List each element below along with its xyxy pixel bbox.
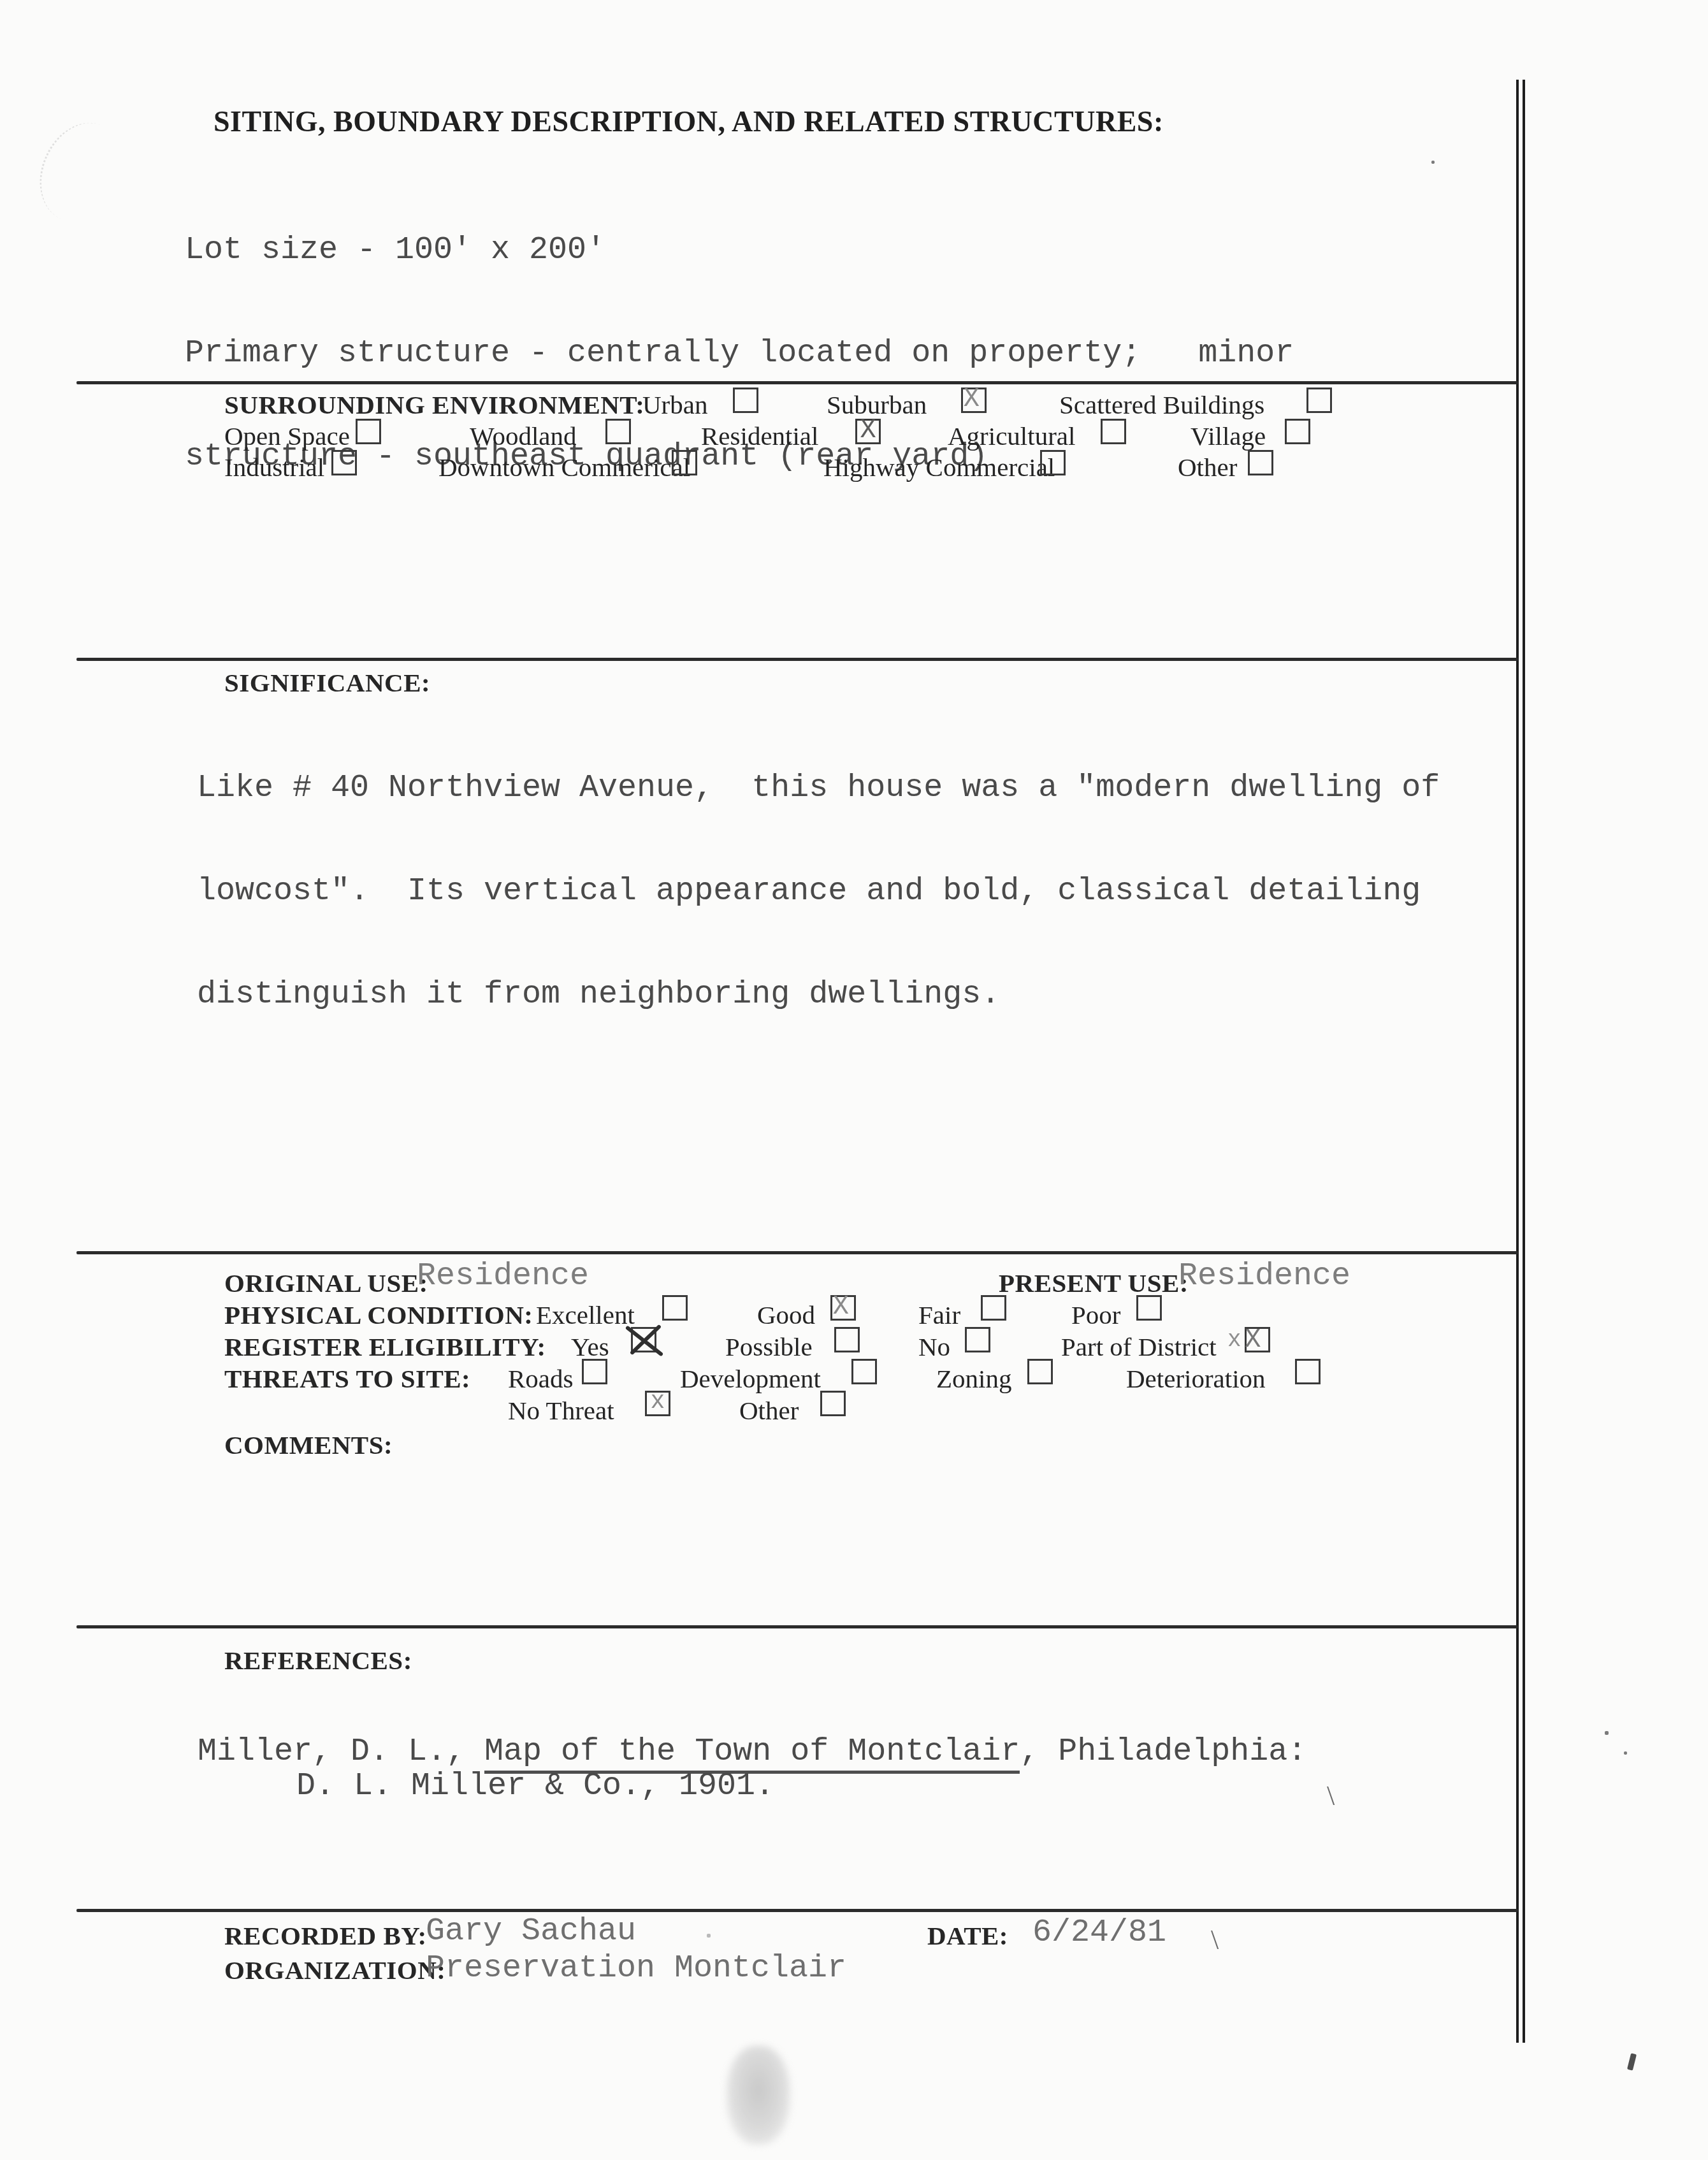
page-edge-rule-inner <box>1523 80 1525 2043</box>
threats-label: THREATS TO SITE: <box>224 1364 470 1394</box>
threat-option-zoning: Zoning <box>936 1364 1011 1394</box>
register-eligibility-label: REGISTER ELIGIBILITY: <box>224 1332 546 1362</box>
threat-checkbox-deterioration[interactable] <box>1295 1359 1321 1384</box>
threat-checkbox-zoning[interactable] <box>1027 1359 1053 1384</box>
section-divider <box>76 1625 1518 1628</box>
scan-speck <box>1431 161 1435 164</box>
eligibility-checkbox-part-of-district[interactable] <box>1245 1327 1270 1352</box>
siting-line: Primary structure - centrally located on… <box>185 337 1294 371</box>
env-checkbox-woodland[interactable] <box>605 419 631 444</box>
scan-slash-mark: \ <box>1211 1926 1219 1954</box>
organization-value: Preservation Montclair <box>426 1952 846 1986</box>
scan-smudge <box>727 2046 790 2145</box>
condition-checkbox-poor[interactable] <box>1136 1295 1162 1321</box>
threat-option-no-threat: No Threat <box>508 1396 614 1426</box>
scan-speckle-arc <box>25 110 138 235</box>
recorded-by-value: Gary Sachau <box>426 1915 636 1949</box>
env-option-downtown-commerical: Downtown Commerical <box>438 453 690 482</box>
siting-text: Lot size - 100' x 200' Primary structure… <box>185 164 1294 543</box>
condition-option-excellent: Excellent <box>536 1300 635 1330</box>
env-option-village: Village <box>1191 421 1266 451</box>
eligibility-checkbox-no[interactable] <box>965 1327 990 1352</box>
threat-option-roads: Roads <box>508 1364 574 1394</box>
significance-line: Like # 40 Northview Avenue, this house w… <box>197 771 1440 806</box>
threat-checkbox-roads[interactable] <box>582 1359 607 1384</box>
scan-ink-tick <box>1627 2053 1637 2070</box>
section-divider <box>76 658 1518 661</box>
scan-speck <box>1605 1731 1609 1735</box>
condition-option-good: Good <box>757 1300 815 1330</box>
section-divider <box>76 381 1518 384</box>
eligibility-option-no: No <box>918 1332 950 1362</box>
env-checkbox-agricultural[interactable] <box>1101 419 1126 444</box>
physical-condition-label: PHYSICAL CONDITION: <box>224 1300 533 1330</box>
env-checkbox-urban[interactable] <box>733 388 758 413</box>
references-section-label: REFERENCES: <box>224 1646 412 1676</box>
siting-line: Lot size - 100' x 200' <box>185 233 1294 268</box>
date-label: DATE: <box>927 1921 1008 1951</box>
significance-line: lowcost". Its vertical appearance and bo… <box>197 874 1440 909</box>
comments-label: COMMENTS: <box>224 1430 393 1460</box>
eligibility-option-part-of-district: Part of District <box>1061 1332 1217 1362</box>
significance-section-label: SIGNIFICANCE: <box>224 668 430 698</box>
env-option-open-space: Open Space <box>224 421 350 451</box>
recorded-by-label: RECORDED BY: <box>224 1921 427 1951</box>
present-use-value: Residence <box>1178 1259 1350 1294</box>
env-option-residential: Residential <box>701 421 818 451</box>
original-use-label: ORIGINAL USE: <box>224 1268 428 1298</box>
original-use-value: Residence <box>417 1259 589 1294</box>
section-divider <box>76 1251 1518 1254</box>
scan-speck <box>1624 1751 1627 1755</box>
env-checkbox-residential[interactable] <box>855 419 881 444</box>
threat-checkbox-development[interactable] <box>851 1359 877 1384</box>
reference-citation-line2: D. L. Miller & Co., 1901. <box>296 1769 774 1804</box>
scan-slash-mark: \ <box>1327 1782 1335 1810</box>
condition-checkbox-good[interactable] <box>830 1295 856 1321</box>
threat-checkbox-other[interactable] <box>820 1391 846 1416</box>
citation-suffix: , Philadelphia: <box>1020 1734 1306 1770</box>
siting-section-label: SITING, BOUNDARY DESCRIPTION, AND RELATE… <box>213 105 1164 139</box>
eligibility-checkbox-possible[interactable] <box>834 1327 860 1352</box>
env-option-industrial: Industrial <box>224 453 324 482</box>
scan-speck <box>707 1934 711 1938</box>
eligibility-option-possible: Possible <box>725 1332 813 1362</box>
condition-checkbox-fair[interactable] <box>981 1295 1006 1321</box>
eligibility-checkbox-yes[interactable] <box>631 1327 656 1352</box>
environment-section-label: SURROUNDING ENVIRONMENT: <box>224 390 644 420</box>
citation-prefix: Miller, D. L., <box>198 1734 484 1770</box>
organization-label: ORGANIZATION: <box>224 1955 445 1985</box>
present-use-label: PRESENT USE: <box>999 1268 1189 1298</box>
section-divider <box>76 1909 1518 1912</box>
env-option-woodland: Woodland <box>470 421 577 451</box>
env-checkbox-village[interactable] <box>1285 419 1310 444</box>
page-edge-rule-outer <box>1516 80 1519 2043</box>
threat-option-deterioration: Deterioration <box>1126 1364 1266 1394</box>
significance-line: distinguish it from neighboring dwelling… <box>197 978 1440 1012</box>
env-checkbox-open-space[interactable] <box>356 419 381 444</box>
env-option-agricultural: Agricultural <box>948 421 1075 451</box>
condition-checkbox-excellent[interactable] <box>662 1295 688 1321</box>
env-option-other: Other <box>1178 453 1237 482</box>
env-checkbox-highway-commercial[interactable] <box>1040 450 1066 475</box>
significance-text: Like # 40 Northview Avenue, this house w… <box>197 702 1440 1081</box>
env-checkbox-industrial[interactable] <box>331 450 357 475</box>
env-option-suburban: Suburban <box>827 390 927 420</box>
env-checkbox-other[interactable] <box>1248 450 1273 475</box>
env-checkbox-scattered-buildings[interactable] <box>1306 388 1332 413</box>
env-option-urban: Urban <box>642 390 707 420</box>
eligibility-option-yes: Yes <box>571 1332 609 1362</box>
condition-option-fair: Fair <box>918 1300 960 1330</box>
env-option-highway-commercial: Highway Commercial <box>823 453 1055 482</box>
condition-option-poor: Poor <box>1071 1300 1120 1330</box>
env-checkbox-downtown-commerical[interactable] <box>672 450 697 475</box>
date-value: 6/24/81 <box>1032 1916 1166 1950</box>
threat-checkbox-no-threat[interactable] <box>645 1391 670 1416</box>
threat-option-other: Other <box>739 1396 799 1426</box>
env-option-scattered-buildings: Scattered Buildings <box>1059 390 1264 420</box>
threat-option-development: Development <box>680 1364 821 1394</box>
reference-citation-line1: Miller, D. L., Map of the Town of Montcl… <box>198 1735 1306 1769</box>
env-checkbox-suburban[interactable] <box>961 388 987 413</box>
